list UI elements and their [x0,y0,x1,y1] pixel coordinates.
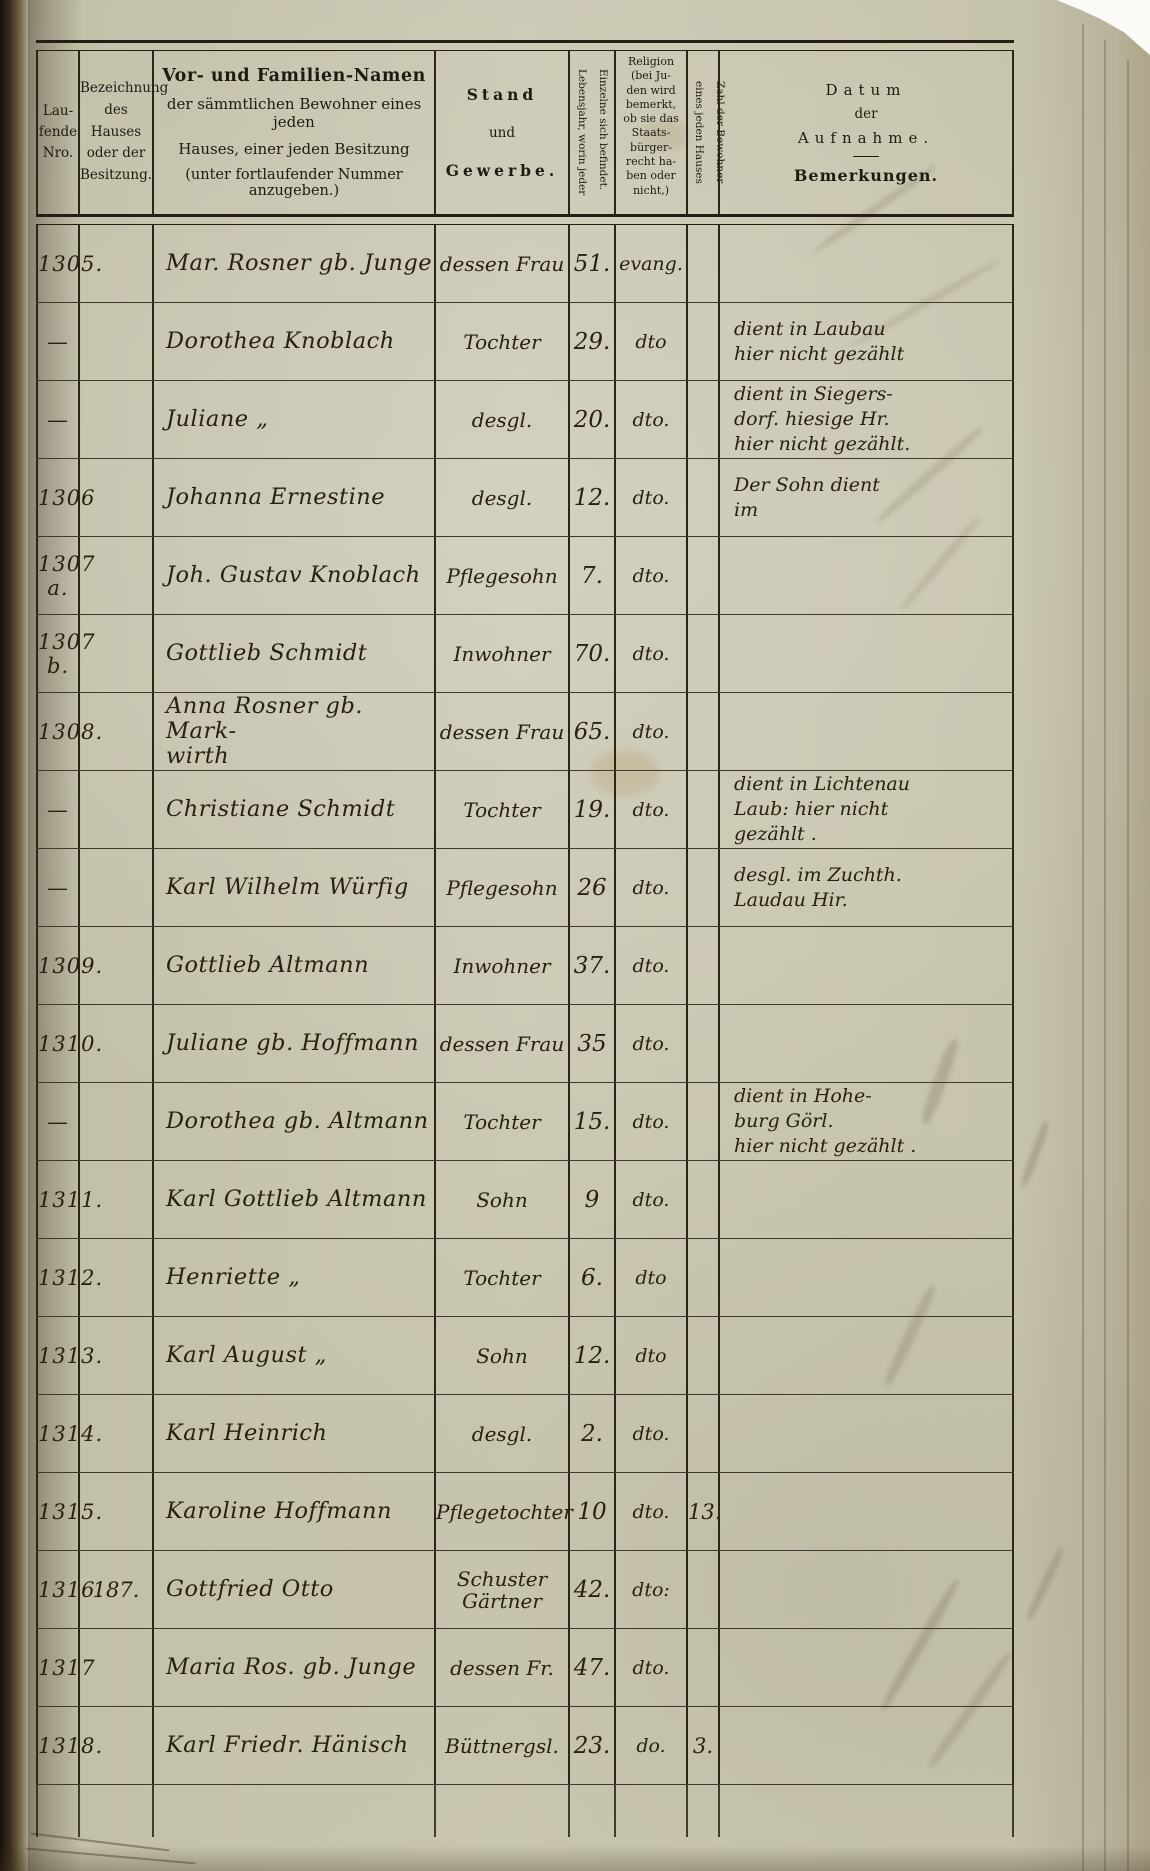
occupation-cell: Tochter [434,771,568,848]
running-number-cell: 1306 [36,459,78,536]
name-cell: Karl Heinrich [152,1395,434,1472]
age-cell: 65. [568,693,614,770]
table-row: 1305. Mar. Rosner gb. Junge dessen Frau … [36,225,1014,303]
empty-cell [434,1785,568,1837]
name-cell: Joh. Gustav Knoblach [152,537,434,614]
remarks-cell [718,1473,1014,1550]
empty-cell [718,1785,1014,1837]
age-cell: 51. [568,225,614,302]
name-cell: Juliane gb. Hoffmann [152,1005,434,1082]
house-number-cell [78,1239,152,1316]
table-row: — Karl Wilhelm Würfig Pflegesohn 26 dto.… [36,849,1014,927]
running-number-cell: — [36,303,78,380]
house-number-cell [78,537,152,614]
empty-cell [614,1785,686,1837]
empty-cell [78,1785,152,1837]
occupation-cell: desgl. [434,459,568,536]
inhabitant-count-cell [686,1395,718,1472]
age-cell: 9 [568,1161,614,1238]
running-number-cell: 1310. [36,1005,78,1082]
running-number-cell: 1311. [36,1161,78,1238]
inhabitant-count-cell [686,849,718,926]
empty-cell [152,1785,434,1837]
running-number-cell: 1318. [36,1707,78,1784]
occupation-cell: Sohn [434,1317,568,1394]
religion-cell: dto. [614,459,686,536]
name-cell: Gottlieb Schmidt [152,615,434,692]
header-names-line2: der sämmtlichen Bewohner eines jeden [158,95,430,131]
remarks-cell [718,537,1014,614]
occupation-cell: Pflegetochter [434,1473,568,1550]
occupation-cell: Büttnergsl. [434,1707,568,1784]
age-cell: 15. [568,1083,614,1160]
header-remarks-label: Bemerkungen. [720,166,1012,185]
remarks-cell [718,1629,1014,1706]
religion-cell: dto. [614,927,686,1004]
occupation-cell: Inwohner [434,615,568,692]
remarks-cell [718,1395,1014,1472]
house-number-cell [78,1629,152,1706]
occupation-cell: Pflegesohn [434,537,568,614]
table-row: 1316. 187. Gottfried Otto Schuster Gärtn… [36,1551,1014,1629]
header-age-column: Lebensjahr, worin jeder Einzelne sich be… [568,51,614,214]
religion-cell: dto [614,1317,686,1394]
religion-cell: dto. [614,381,686,458]
running-number-cell: — [36,381,78,458]
header-divider [853,156,879,157]
running-number-cell: 1309. [36,927,78,1004]
table-row: 1317 Maria Ros. gb. Junge dessen Fr. 47.… [36,1629,1014,1707]
running-number-cell: — [36,771,78,848]
occupation-cell: Inwohner [434,927,568,1004]
inhabitant-count-cell [686,1083,718,1160]
name-cell: Henriette „ [152,1239,434,1316]
empty-continuation-row [36,1785,1014,1837]
house-number-cell: 187. [78,1551,152,1628]
name-cell: Karl Wilhelm Würfig [152,849,434,926]
religion-cell: dto. [614,615,686,692]
table-header: Lau- fende Nro. Bezeichnung des Hauses o… [36,51,1014,214]
house-number-cell [78,1005,152,1082]
occupation-cell: Tochter [434,1083,568,1160]
remarks-cell: desgl. im Zuchth. Laudau Hir. [718,849,1014,926]
table-row: 1311. Karl Gottlieb Altmann Sohn 9 dto. [36,1161,1014,1239]
occupation-cell: dessen Frau [434,1005,568,1082]
inhabitant-count-cell [686,927,718,1004]
house-number-cell [78,1317,152,1394]
inhabitant-count-cell: 13. [686,1473,718,1550]
table-row: 1318. Karl Friedr. Hänisch Büttnergsl. 2… [36,1707,1014,1785]
inhabitant-count-cell [686,693,718,770]
religion-cell: dto. [614,849,686,926]
header-house-designation: Bezeichnung des Hauses oder der Besitzun… [78,51,152,214]
religion-cell: do. [614,1707,686,1784]
religion-cell: dto. [614,1161,686,1238]
header-names-line3: Hauses, einer jeden Besitzung [158,140,430,158]
header-names: Vor- und Familien-Namen der sämmtlichen … [152,51,434,214]
religion-cell: dto. [614,1473,686,1550]
running-number-cell: 1314. [36,1395,78,1472]
page-bottom-edge [0,1845,1150,1871]
inhabitant-count-cell [686,1629,718,1706]
religion-cell: dto. [614,693,686,770]
age-cell: 12. [568,1317,614,1394]
house-number-cell [78,615,152,692]
header-names-line4: (unter fortlaufender Nummer anzugeben.) [158,167,430,199]
age-cell: 29. [568,303,614,380]
remarks-cell [718,1005,1014,1082]
religion-cell: dto. [614,771,686,848]
age-cell: 70. [568,615,614,692]
occupation-cell: Schuster Gärtner [434,1551,568,1628]
religion-cell: dto. [614,1005,686,1082]
occupation-cell: desgl. [434,1395,568,1472]
name-cell: Gottlieb Altmann [152,927,434,1004]
header-inhabitant-count: Zahl der Bewohner eines jeden Hauses [686,51,718,214]
remarks-cell: dient in Laubau hier nicht gezählt [718,303,1014,380]
inhabitant-count-cell [686,381,718,458]
header-running-number: Lau- fende Nro. [36,51,78,214]
age-cell: 19. [568,771,614,848]
table-row: 1312. Henriette „ Tochter 6. dto [36,1239,1014,1317]
name-cell: Karl August „ [152,1317,434,1394]
running-number-cell: 1307 a. [36,537,78,614]
age-cell: 2. [568,1395,614,1472]
inhabitant-count-cell [686,1551,718,1628]
page-edge [1082,24,1084,1871]
religion-cell: evang. [614,225,686,302]
running-number-cell: 1315. [36,1473,78,1550]
remarks-cell [718,615,1014,692]
occupation-cell: Sohn [434,1161,568,1238]
table-top-rule [36,40,1014,51]
age-cell: 12. [568,459,614,536]
inhabitant-count-cell [686,1317,718,1394]
inhabitant-count-cell [686,1005,718,1082]
age-cell: 6. [568,1239,614,1316]
table-row: 1314. Karl Heinrich desgl. 2. dto. [36,1395,1014,1473]
name-cell: Dorothea gb. Altmann [152,1083,434,1160]
inhabitant-count-cell [686,459,718,536]
occupation-cell: Tochter [434,1239,568,1316]
header-bottom-rule [36,214,1014,225]
running-number-cell: 1305. [36,225,78,302]
inhabitant-count-cell [686,1161,718,1238]
inhabitant-count-cell [686,1239,718,1316]
header-occupation-line2: und [436,125,568,141]
inhabitant-count-cell [686,537,718,614]
house-number-cell [78,849,152,926]
header-religion: Religion (bei Ju- den wird bemerkt, ob s… [614,51,686,214]
house-number-cell [78,693,152,770]
occupation-cell: Pflegesohn [434,849,568,926]
remarks-cell: dient in Hohe- burg Görl. hier nicht gez… [718,1083,1014,1160]
remarks-cell [718,927,1014,1004]
house-number-cell [78,927,152,1004]
inhabitant-count-cell [686,771,718,848]
running-number-cell: 1313. [36,1317,78,1394]
occupation-cell: Tochter [434,303,568,380]
table-row: — Dorothea gb. Altmann Tochter 15. dto. … [36,1083,1014,1161]
table-row: — Dorothea Knoblach Tochter 29. dto dien… [36,303,1014,381]
table-row: 1307 a. Joh. Gustav Knoblach Pflegesohn … [36,537,1014,615]
religion-cell: dto. [614,1395,686,1472]
house-number-cell [78,1395,152,1472]
religion-cell: dto: [614,1551,686,1628]
name-cell: Karoline Hoffmann [152,1473,434,1550]
remarks-cell [718,693,1014,770]
remarks-cell [718,225,1014,302]
header-age-text: Lebensjahr, worin jeder Einzelne sich be… [571,69,613,195]
table-row: 1309. Gottlieb Altmann Inwohner 37. dto. [36,927,1014,1005]
age-cell: 7. [568,537,614,614]
name-cell: Dorothea Knoblach [152,303,434,380]
header-date-line3: Aufnahme. [720,129,1012,147]
religion-cell: dto [614,303,686,380]
empty-cell [36,1785,78,1837]
table-body: 1305. Mar. Rosner gb. Junge dessen Frau … [36,225,1014,1785]
table-row: 1306 Johanna Ernestine desgl. 12. dto. D… [36,459,1014,537]
remarks-cell [718,1161,1014,1238]
table-row: 1308. Anna Rosner gb. Mark- wirth dessen… [36,693,1014,771]
running-number-cell: 1316. [36,1551,78,1628]
header-date-line2: der [720,106,1012,122]
empty-cell [568,1785,614,1837]
table-row: 1307 b. Gottlieb Schmidt Inwohner 70. dt… [36,615,1014,693]
house-number-cell [78,459,152,536]
name-cell: Christiane Schmidt [152,771,434,848]
empty-cell [686,1785,718,1837]
running-number-cell: 1317 [36,1629,78,1706]
inhabitant-count-cell: 3. [686,1707,718,1784]
table-row: — Christiane Schmidt Tochter 19. dto. di… [36,771,1014,849]
inhabitant-count-cell [686,225,718,302]
table-row: 1310. Juliane gb. Hoffmann dessen Frau 3… [36,1005,1014,1083]
name-cell: Juliane „ [152,381,434,458]
remarks-cell [718,1707,1014,1784]
remarks-cell [718,1239,1014,1316]
age-cell: 26 [568,849,614,926]
house-number-cell [78,303,152,380]
remarks-cell: dient in Siegers- dorf. hiesige Hr. hier… [718,381,1014,458]
table-row: — Juliane „ desgl. 20. dto. dient in Sie… [36,381,1014,459]
house-number-cell [78,771,152,848]
header-occupation: Stand und Gewerbe. [434,51,568,214]
religion-cell: dto. [614,1629,686,1706]
house-number-cell [78,1707,152,1784]
age-cell: 23. [568,1707,614,1784]
header-occupation-line1: Stand [436,85,568,104]
age-cell: 47. [568,1629,614,1706]
age-cell: 10 [568,1473,614,1550]
remarks-cell [718,1551,1014,1628]
table-row: 1313. Karl August „ Sohn 12. dto [36,1317,1014,1395]
remarks-cell: dient in Lichtenau Laub: hier nicht gezä… [718,771,1014,848]
running-number-cell: — [36,849,78,926]
age-cell: 35 [568,1005,614,1082]
page-edge [1104,40,1106,1871]
age-cell: 37. [568,927,614,1004]
remarks-cell: Der Sohn dient im [718,459,1014,536]
running-number-cell: 1308. [36,693,78,770]
age-cell: 42. [568,1551,614,1628]
house-number-cell [78,1083,152,1160]
running-number-cell: 1312. [36,1239,78,1316]
name-cell: Mar. Rosner gb. Junge [152,225,434,302]
house-number-cell [78,1473,152,1550]
remarks-cell [718,1317,1014,1394]
age-cell: 20. [568,381,614,458]
header-date-remarks: Datum der Aufnahme. Bemerkungen. [718,51,1014,214]
occupation-cell: dessen Frau [434,693,568,770]
running-number-cell: — [36,1083,78,1160]
occupation-cell: dessen Frau [434,225,568,302]
running-number-cell: 1307 b. [36,615,78,692]
header-occupation-line3: Gewerbe. [436,161,568,180]
name-cell: Karl Gottlieb Altmann [152,1161,434,1238]
religion-cell: dto. [614,1083,686,1160]
name-cell: Johanna Ernestine [152,459,434,536]
inhabitant-count-cell [686,303,718,380]
name-cell: Maria Ros. gb. Junge [152,1629,434,1706]
table-row: 1315. Karoline Hoffmann Pflegetochter 10… [36,1473,1014,1551]
header-date-line1: Datum [720,81,1012,99]
religion-cell: dto [614,1239,686,1316]
house-number-cell [78,225,152,302]
name-cell: Karl Friedr. Hänisch [152,1707,434,1784]
house-number-cell [78,381,152,458]
name-cell: Anna Rosner gb. Mark- wirth [152,693,434,770]
house-number-cell [78,1161,152,1238]
religion-cell: dto. [614,537,686,614]
occupation-cell: dessen Fr. [434,1629,568,1706]
name-cell: Gottfried Otto [152,1551,434,1628]
census-table: Lau- fende Nro. Bezeichnung des Hauses o… [36,40,1014,1837]
inhabitant-count-cell [686,615,718,692]
occupation-cell: desgl. [434,381,568,458]
page-edge [1127,60,1129,1871]
book-binding [0,0,30,1871]
header-names-line1: Vor- und Familien-Namen [158,66,430,86]
